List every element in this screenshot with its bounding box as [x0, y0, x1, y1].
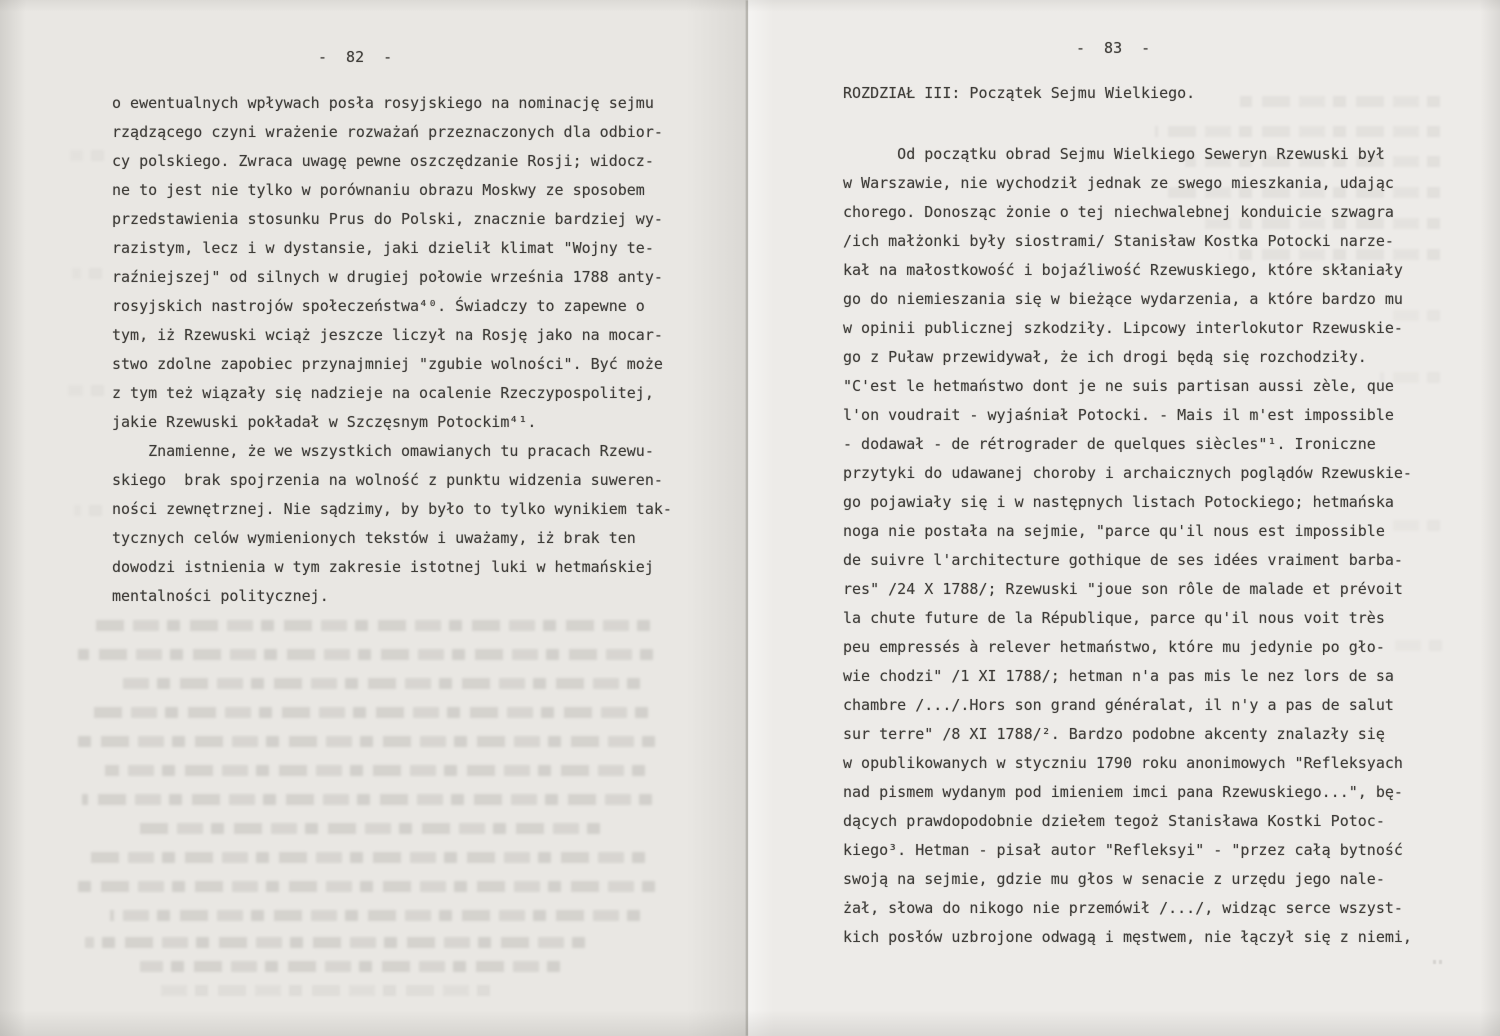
text-line: nad pismem wydanym pod imieniem imci pan…: [843, 778, 1412, 807]
bleed-through-line: [1155, 126, 1440, 137]
chapter-heading: ROZDZIAŁ III: Początek Sejmu Wielkiego.: [843, 82, 1195, 104]
bleed-through-line: [120, 678, 640, 689]
text-line: "C'est le hetmaństwo dont je ne suis par…: [843, 372, 1412, 401]
bleed-through-line: [110, 910, 640, 921]
text-line: kiego³. Hetman - pisał autor "Refleksyi"…: [843, 836, 1412, 865]
text-line: dących prawdopodobnie dziełem tegoż Stan…: [843, 807, 1412, 836]
text-line: razistym, lecz i w dystansie, jaki dziel…: [112, 234, 672, 263]
text-line: sur terre" /8 XI 1788/². Bardzo podobne …: [843, 720, 1412, 749]
paper-speck: [1433, 960, 1443, 964]
centre-fold-shadow: [686, 0, 746, 1036]
bleed-through-line: [105, 765, 645, 776]
text-line: res" /24 X 1788/; Rzewuski "joue son rôl…: [843, 575, 1412, 604]
text-line: dowodzi istnienia w tym zakresie istotne…: [112, 553, 672, 582]
text-line: o ewentualnych wpływach posła rosyjskieg…: [112, 89, 672, 118]
text-line: mentalności politycznej.: [112, 582, 672, 611]
text-line: kich posłów uzbrojone odwagą i męstwem, …: [843, 923, 1412, 952]
text-line: żał, słowa do nikogo nie przemówił /.../…: [843, 894, 1412, 923]
bleed-through-line: [90, 852, 645, 863]
bleed-through-line: [1240, 96, 1440, 107]
scan-edge-left: [0, 0, 26, 1036]
text-line: - dodawał - de rétrograder de quelques s…: [843, 430, 1412, 459]
text-line: wie chodzi" /1 XI 1788/; hetman n'a pas …: [843, 662, 1412, 691]
text-line: jakie Rzewuski pokładał w Szczęsnym Poto…: [112, 408, 672, 437]
text-line: go z Puław przewidywał, że ich drogi będ…: [843, 343, 1412, 372]
text-line: kał na małostkowość i bojaźliwość Rzewus…: [843, 256, 1412, 285]
text-line: Od początku obrad Sejmu Wielkiego Sewery…: [843, 140, 1412, 169]
bleed-through-line: [130, 823, 600, 834]
text-line: swoją na sejmie, gdzie mu głos w senacie…: [843, 865, 1412, 894]
bleed-through-line: [74, 505, 102, 516]
bleed-through-line: [78, 649, 653, 660]
text-line: de suivre l'architecture gothique de ses…: [843, 546, 1412, 575]
bleed-through-line: [160, 985, 490, 996]
text-line: stwo zdolne zapobiec przynajmniej "zgubi…: [112, 350, 672, 379]
text-line: chambre /.../.Hors son grand généralat, …: [843, 691, 1412, 720]
text-line: przedstawienia stosunku Prus do Polski, …: [112, 205, 672, 234]
bleed-through-line: [95, 620, 650, 631]
bleed-through-line: [85, 937, 585, 948]
text-line: go pojawiały się i w następnych listach …: [843, 488, 1412, 517]
scanned-document: - 82 - o ewentualnych wpływach posła ros…: [0, 0, 1500, 1036]
bleed-through-line: [82, 794, 652, 805]
text-line: rosyjskich nastrojów społeczeństwa⁴⁰. Św…: [112, 292, 672, 321]
text-line: /ich małżonki były siostrami/ Stanisław …: [843, 227, 1412, 256]
text-line: Znamienne, że we wszystkich omawianych t…: [112, 437, 672, 466]
text-line: go do niemieszania się w bieżące wydarze…: [843, 285, 1412, 314]
text-line: w Warszawie, nie wychodził jednak ze swe…: [843, 169, 1412, 198]
right-page-text: Od początku obrad Sejmu Wielkiego Sewery…: [843, 140, 1412, 952]
text-line: tycznych celów wymienionych tekstów i uw…: [112, 524, 672, 553]
text-line: peu empressés à relever hetmaństwo, któr…: [843, 633, 1412, 662]
text-line: l'on voudrait - wyjaśniał Potocki. - Mai…: [843, 401, 1412, 430]
text-line: w opinii publicznej szkodziły. Lipcowy i…: [843, 314, 1412, 343]
bleed-through-line: [68, 385, 104, 396]
text-line: tym, iż Rzewuski wciąż jeszcze liczył na…: [112, 321, 672, 350]
bleed-through-line: [70, 736, 655, 747]
text-line: rządzącego czyni wrażenie rozważań przez…: [112, 118, 672, 147]
text-line: noga nie postała na sejmie, "parce qu'il…: [843, 517, 1412, 546]
text-line: cy polskiego. Zwraca uwagę pewne oszczęd…: [112, 147, 672, 176]
bleed-through-line: [140, 961, 560, 972]
page-number-right: - 83 -: [1076, 37, 1150, 59]
text-line: la chute future de la République, parce …: [843, 604, 1412, 633]
text-line: przytyki do udawanej choroby i archaiczn…: [843, 459, 1412, 488]
text-line: chorego. Donosząc żonie o tej niechwaleb…: [843, 198, 1412, 227]
text-line: ne to jest nie tylko w porównaniu obrazu…: [112, 176, 672, 205]
text-line: w opublikowanych w styczniu 1790 roku an…: [843, 749, 1412, 778]
text-line: z tym też wiązały się nadzieje na ocalen…: [112, 379, 672, 408]
left-page-text: o ewentualnych wpływach posła rosyjskieg…: [112, 89, 672, 611]
text-line: raźniejszej" od silnych w drugiej połowi…: [112, 263, 672, 292]
text-line: skiego brak spojrzenia na wolność z punk…: [112, 466, 672, 495]
bleed-through-line: [75, 881, 655, 892]
bleed-through-line: [70, 150, 104, 161]
bleed-through-line: [72, 268, 102, 279]
text-line: ności zewnętrznej. Nie sądzimy, by było …: [112, 495, 672, 524]
bleed-through-line: [88, 707, 648, 718]
page-number-left: - 82 -: [318, 46, 392, 68]
